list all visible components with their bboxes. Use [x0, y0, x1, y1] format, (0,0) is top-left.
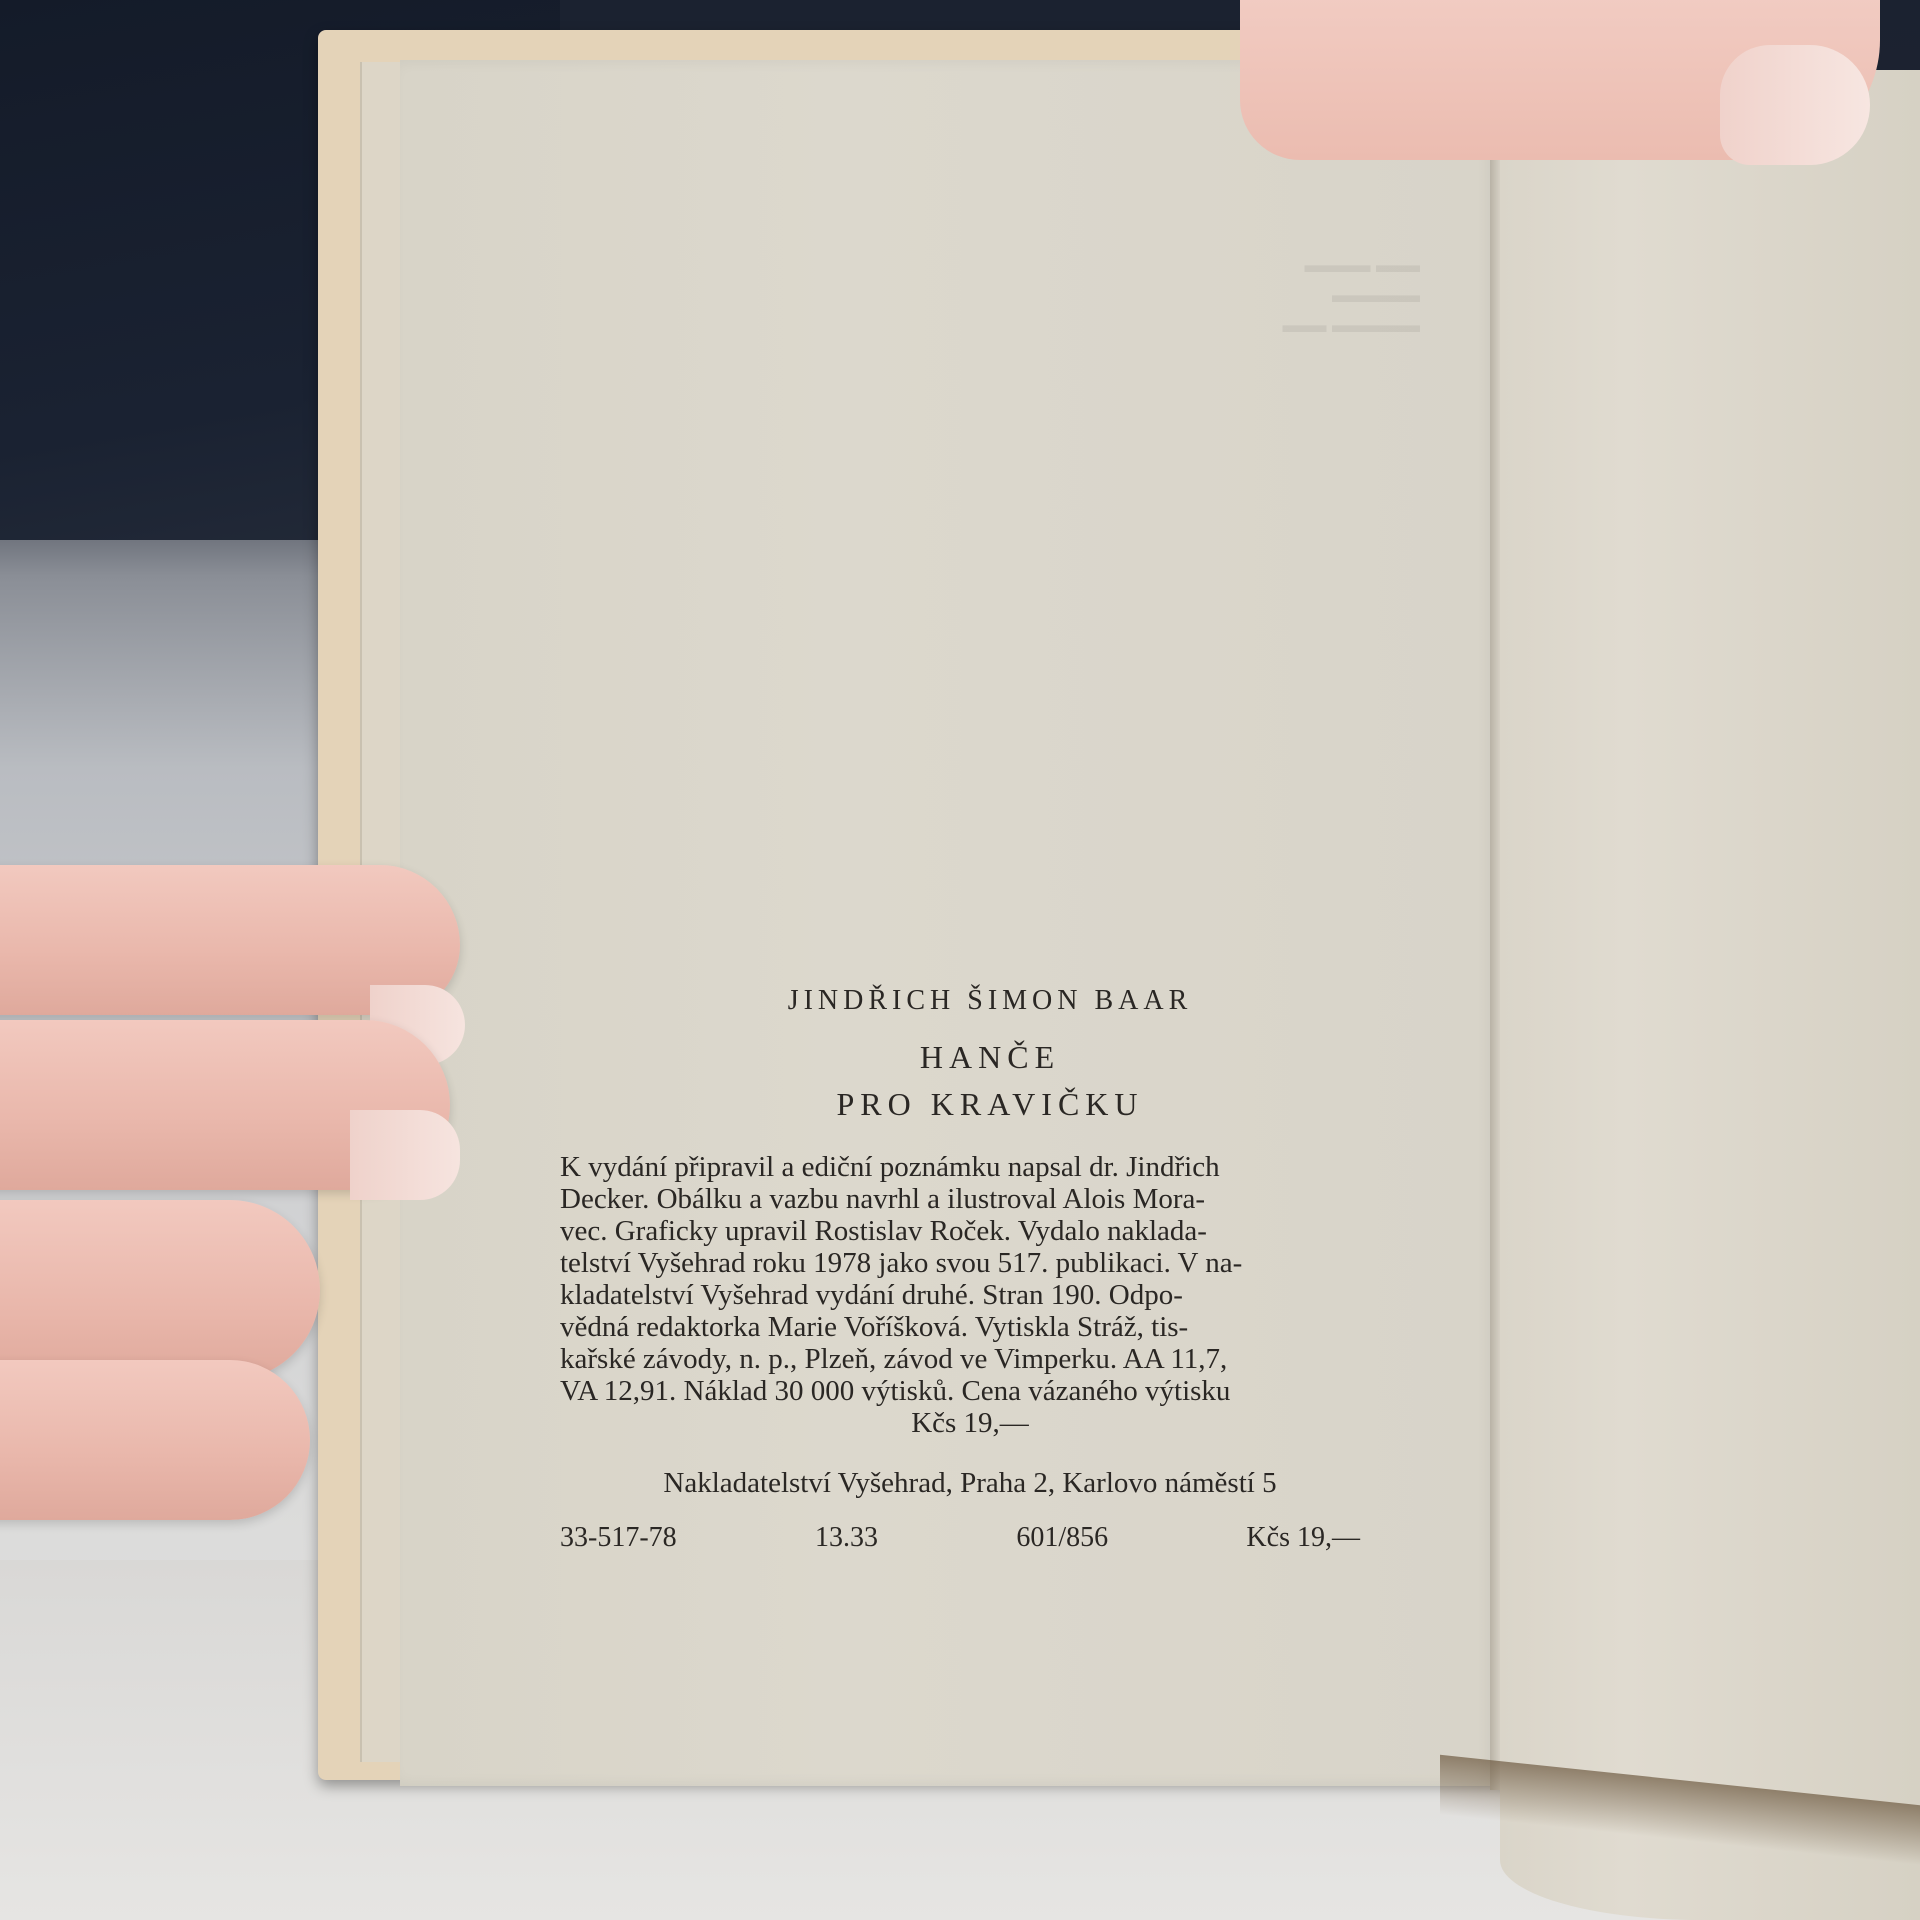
- code-price: Kčs 19,—: [1246, 1522, 1360, 1554]
- imprint-line: telství Vyšehrad roku 1978 jako svou 517…: [560, 1247, 1380, 1279]
- price-line: Kčs 19,—: [560, 1407, 1380, 1439]
- imprint-line: VA 12,91. Náklad 30 000 výtisků. Cena vá…: [560, 1375, 1380, 1407]
- book-title-line-2: PRO KRAVIČKU: [560, 1086, 1380, 1123]
- finger-ring: [0, 1200, 320, 1380]
- code-print-number: 601/856: [1016, 1522, 1108, 1554]
- thumbnail-nail: [1720, 45, 1870, 165]
- finger-little: [0, 1360, 310, 1520]
- imprint-line: vědná redaktorka Marie Voříšková. Vytisk…: [560, 1311, 1380, 1343]
- catalog-codes: 33-517-78 13.33 601/856 Kčs 19,—: [560, 1522, 1380, 1554]
- imprint-line: vec. Graficky upravil Rostislav Roček. V…: [560, 1215, 1380, 1247]
- publisher-address: Nakladatelství Vyšehrad, Praha 2, Karlov…: [560, 1467, 1380, 1500]
- fingernail-middle: [350, 1110, 460, 1200]
- right-page[interactable]: [1500, 70, 1920, 1920]
- imprint-paragraph: K vydání připravil a ediční poznámku nap…: [560, 1151, 1380, 1439]
- book-title-line-1: HANČE: [560, 1039, 1380, 1076]
- colophon-block: JINDŘICH ŠIMON BAAR HANČE PRO KRAVIČKU K…: [560, 985, 1380, 1554]
- code-group: 13.33: [815, 1522, 878, 1554]
- code-catalog-number: 33-517-78: [560, 1522, 677, 1554]
- show-through-text: ▬▬▬ ▬▬▬▬▬▬▬▬ ▬▬▬▬: [1160, 250, 1420, 390]
- imprint-line: kladatelství Vyšehrad vydání druhé. Stra…: [560, 1279, 1380, 1311]
- imprint-line: Decker. Obálku a vazbu navrhl a ilustrov…: [560, 1183, 1380, 1215]
- imprint-line: K vydání připravil a ediční poznámku nap…: [560, 1151, 1380, 1183]
- author-name: JINDŘICH ŠIMON BAAR: [560, 985, 1380, 1017]
- imprint-line: kařské závody, n. p., Plzeň, závod ve Vi…: [560, 1343, 1380, 1375]
